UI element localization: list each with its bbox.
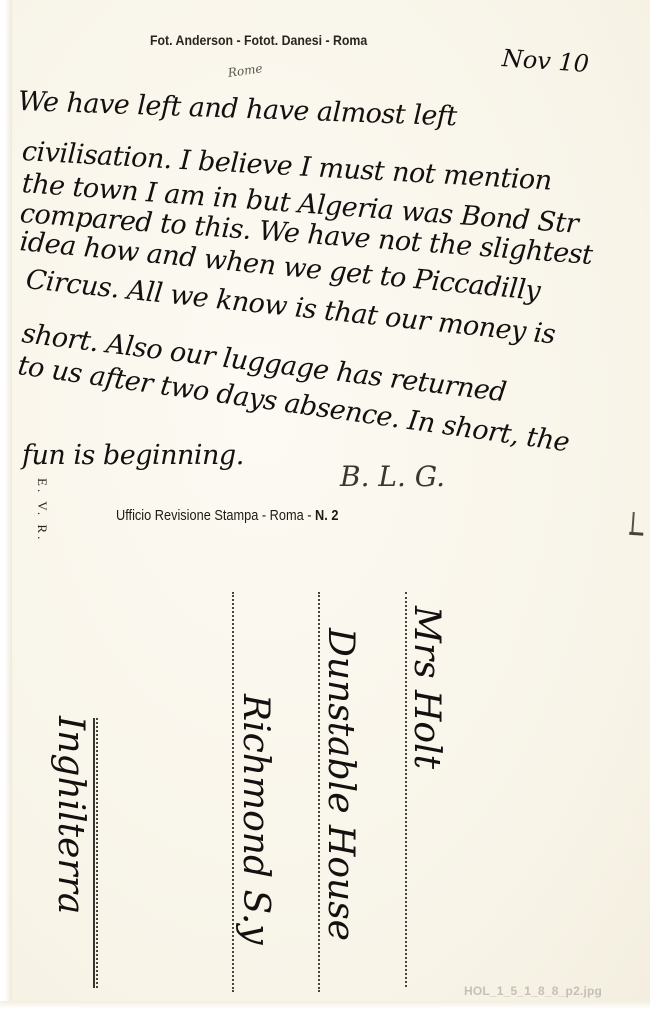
- card-left-edge: [0, 0, 12, 1009]
- handwritten-insertion-rome: Rome: [227, 61, 263, 80]
- card-bottom-edge: [0, 1001, 650, 1009]
- censor-stamp: Ufficio Revisione Stampa - Roma - N. 2: [116, 508, 338, 524]
- message-line-1: We have left and have almost left: [17, 86, 457, 132]
- address-house: Dunstable House: [320, 628, 361, 941]
- address-recipient: Mrs Holt: [406, 606, 447, 769]
- censor-stamp-text: Ufficio Revisione Stampa - Roma -: [116, 508, 315, 524]
- printed-publisher-header: Fot. Anderson - Fotot. Danesi - Roma: [150, 32, 367, 48]
- side-mark-evr: E. V. R.: [34, 478, 50, 542]
- address-underline-4: [93, 718, 95, 988]
- censor-stamp-number: N. 2: [315, 508, 338, 524]
- signature: B. L. G.: [340, 460, 445, 493]
- pencil-mark: [631, 512, 635, 534]
- address-dotted-line-3: [232, 592, 234, 992]
- filename-watermark: HOL_1_5_1_8_8_p2.jpg: [464, 984, 602, 998]
- address-dotted-line-4: [96, 718, 98, 988]
- handwritten-date: Nov 10: [501, 44, 590, 78]
- address-town: Richmond S.y: [235, 694, 276, 945]
- postcard-back: Fot. Anderson - Fotot. Danesi - Roma Nov…: [0, 0, 650, 1009]
- message-line-9: fun is beginning.: [22, 440, 244, 471]
- address-country: Inghilterra: [50, 716, 91, 914]
